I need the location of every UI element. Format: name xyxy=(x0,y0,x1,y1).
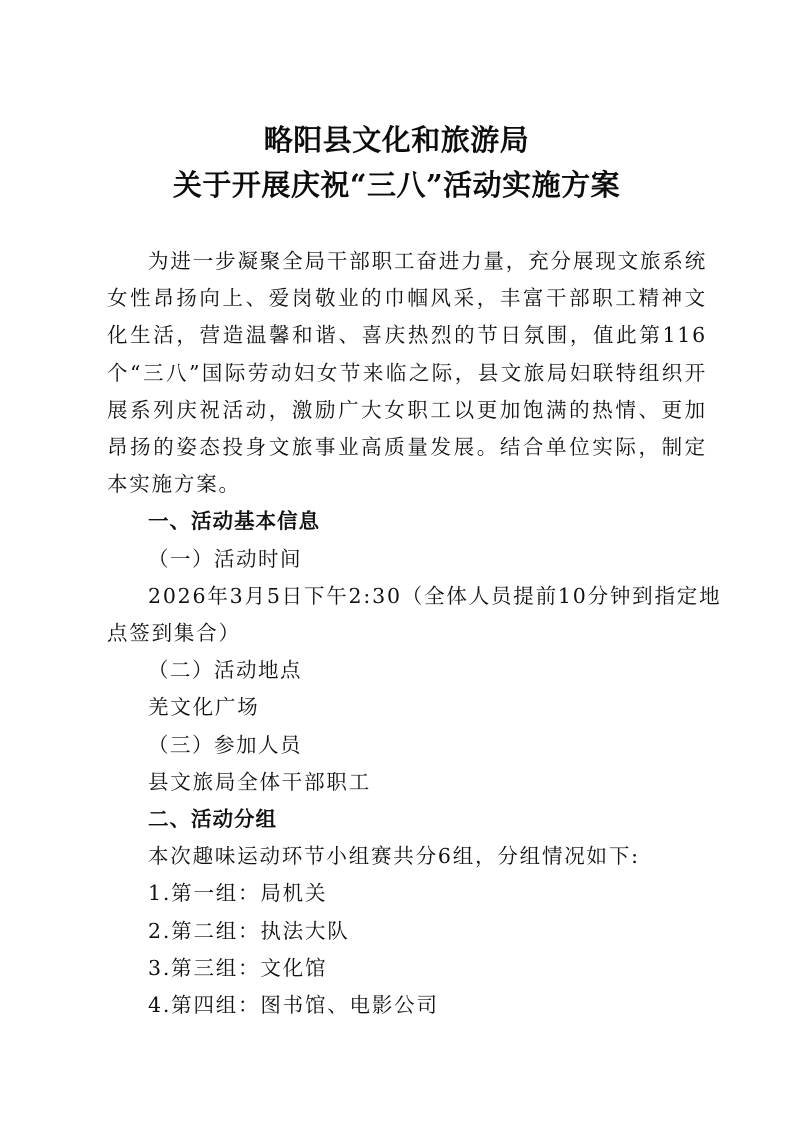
document-body: 为进一步凝聚全局干部职工奋进力量，充分展现文旅系统女性昂扬向上、爱岗敬业的巾帼风… xyxy=(107,243,707,1024)
grouping-intro: 本次趣味运动环节小组赛共分6组，分组情况如下: xyxy=(107,838,707,875)
title-line-1: 略阳县文化和旅游局 xyxy=(0,118,793,159)
group-item: 1.第一组：局机关 xyxy=(107,875,707,912)
group-item: 4.第四组：图书馆、电影公司 xyxy=(107,987,707,1024)
participants-heading: （三）参加人员 xyxy=(107,727,707,764)
document-page: 略阳县文化和旅游局 关于开展庆祝“三八”活动实施方案 为进一步凝聚全局干部职工奋… xyxy=(0,0,793,1122)
intro-paragraph: 为进一步凝聚全局干部职工奋进力量，充分展现文旅系统女性昂扬向上、爱岗敬业的巾帼风… xyxy=(107,243,707,503)
participants-value: 县文旅局全体干部职工 xyxy=(107,764,707,801)
time-value-line-1: 2026年3月5日下午2:30（全体人员提前10分钟到指定地 xyxy=(107,578,707,615)
section-1-heading: 一、活动基本信息 xyxy=(107,503,707,540)
location-value: 羌文化广场 xyxy=(107,689,707,726)
group-item: 3.第三组：文化馆 xyxy=(107,950,707,987)
location-heading: （二）活动地点 xyxy=(107,652,707,689)
time-value-line-2: 点签到集合） xyxy=(107,615,707,652)
time-heading: （一）活动时间 xyxy=(107,541,707,578)
section-2-heading: 二、活动分组 xyxy=(107,801,707,838)
group-item: 2.第二组：执法大队 xyxy=(107,913,707,950)
title-line-2: 关于开展庆祝“三八”活动实施方案 xyxy=(0,163,793,204)
